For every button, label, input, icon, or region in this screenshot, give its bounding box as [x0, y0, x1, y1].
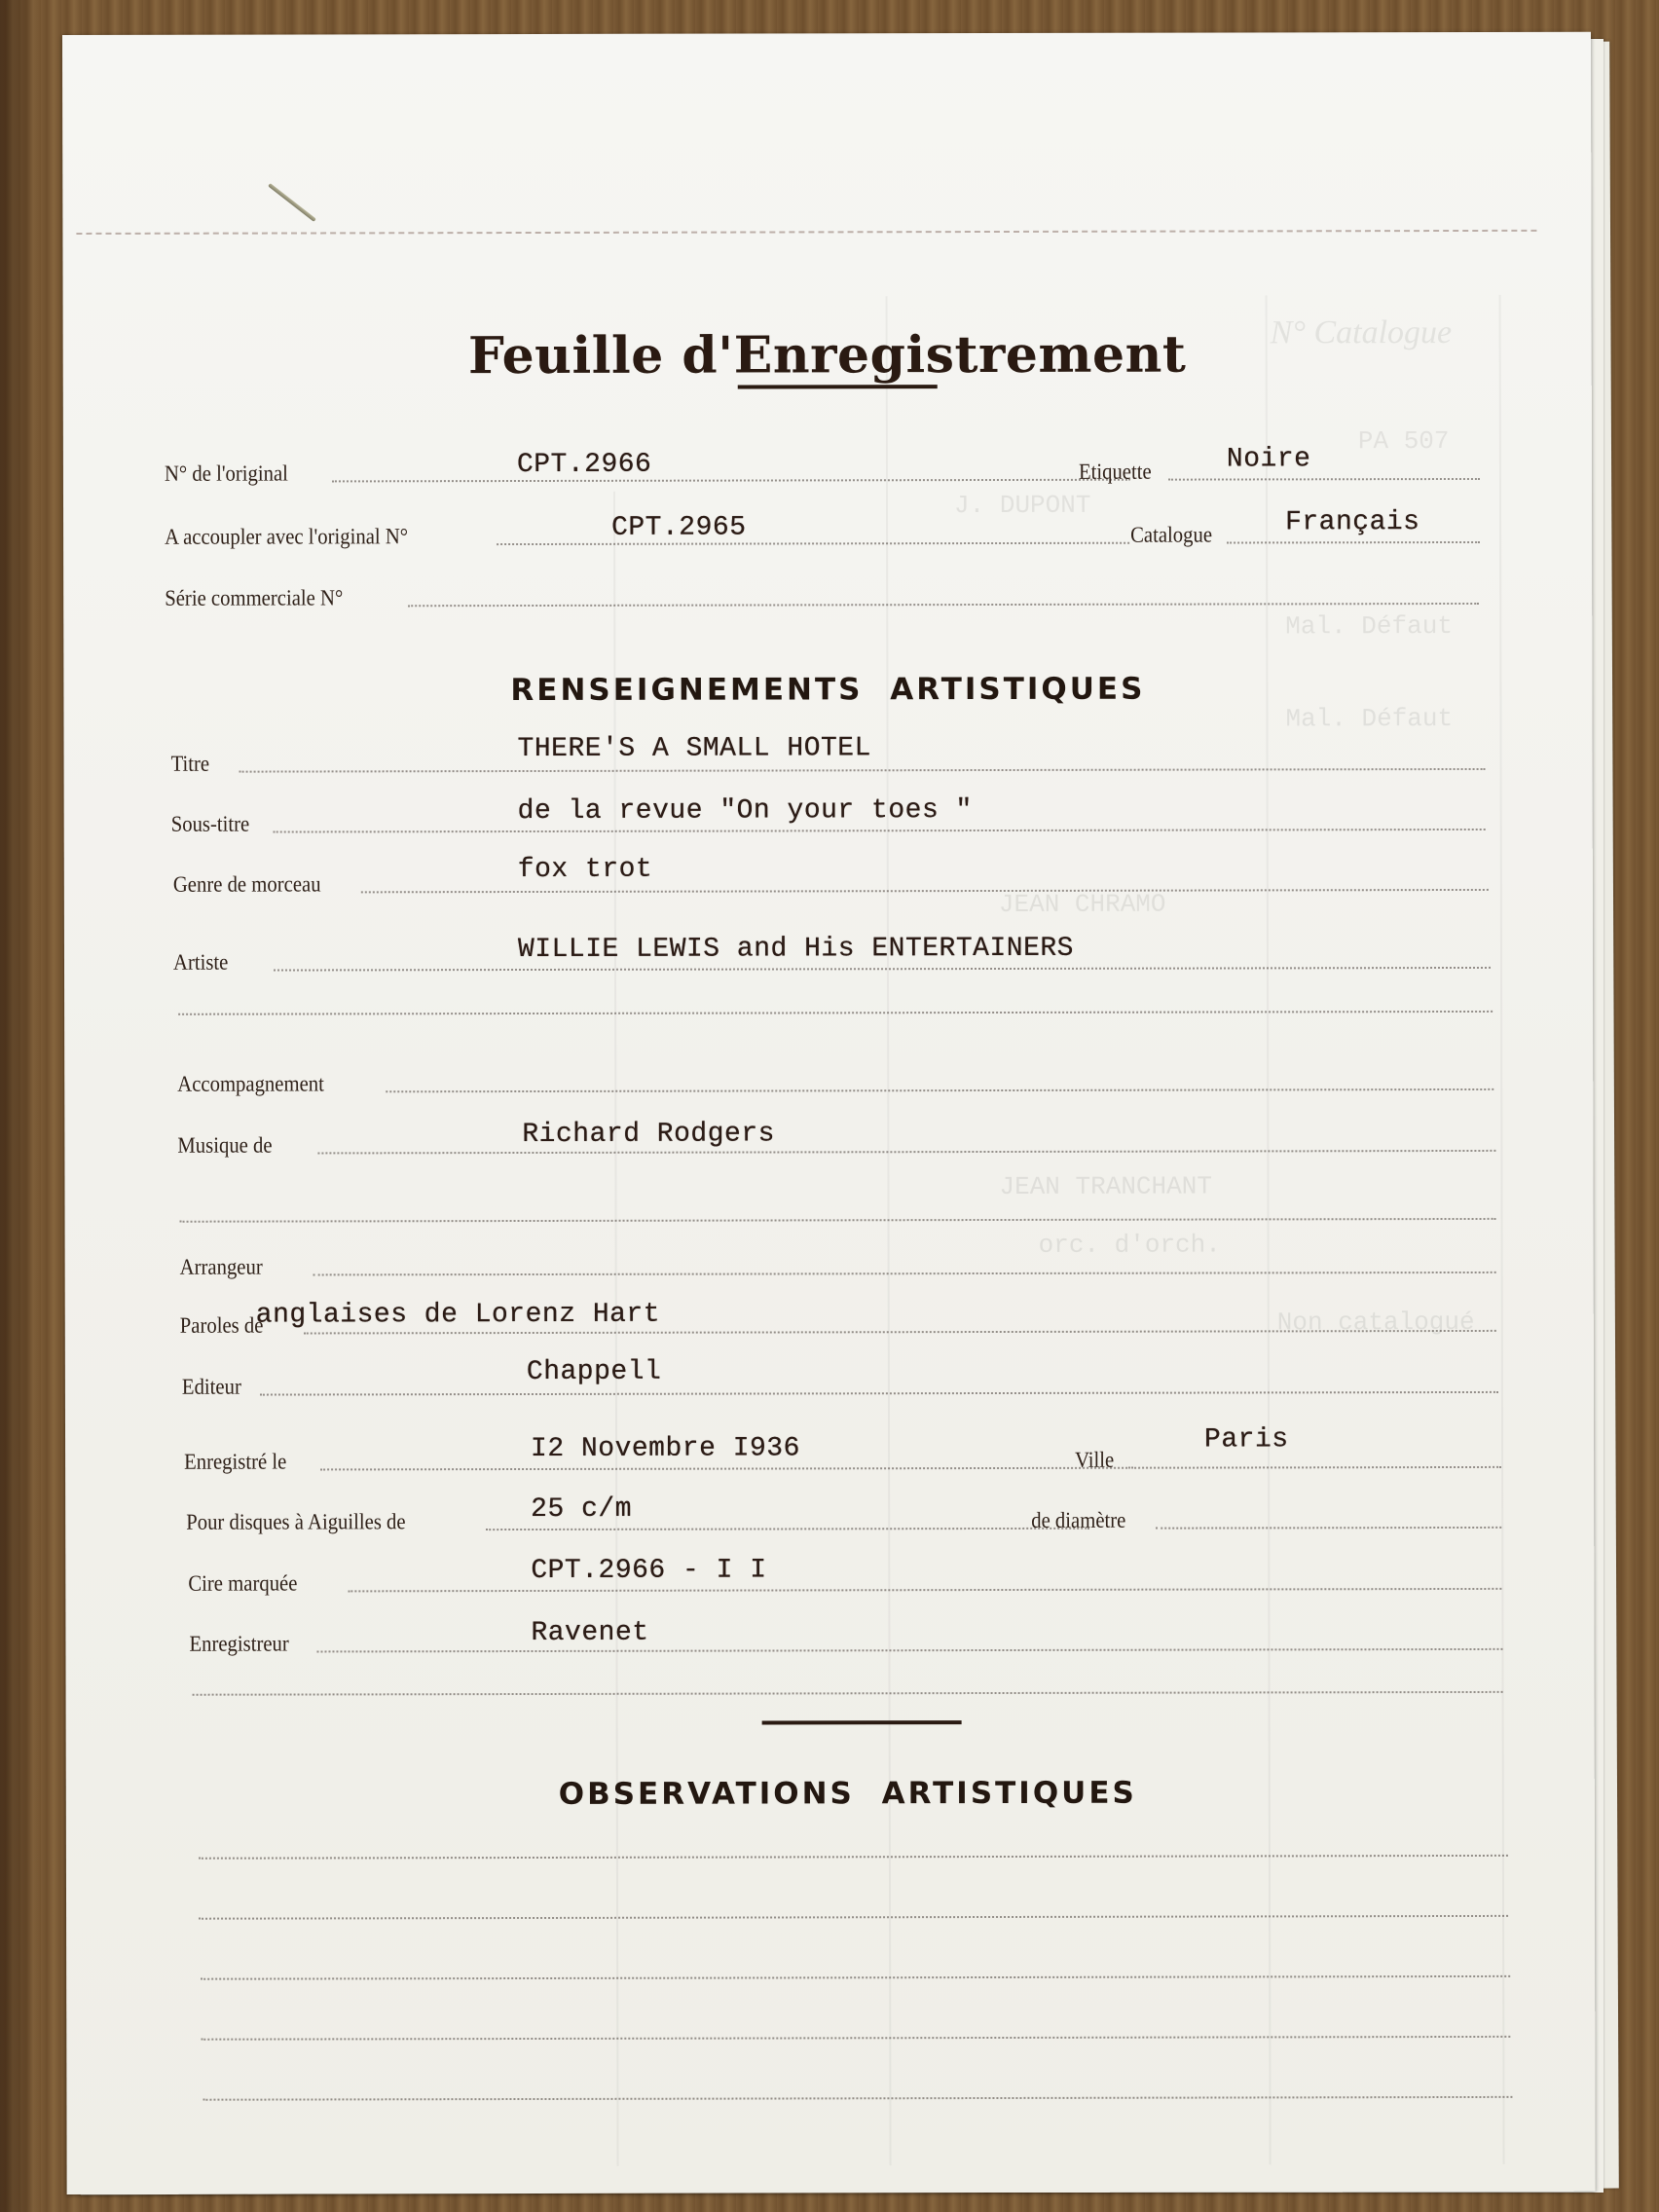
- field-commercial-series: Série commerciale N°: [63, 566, 1592, 617]
- observation-line-1[interactable]: [199, 1855, 1508, 1860]
- field-original-number: N° de l'original CPT.2966 Etiquette Noir…: [63, 441, 1592, 493]
- fill-line: [332, 479, 1130, 483]
- field-label: Série commerciale N°: [165, 585, 343, 610]
- field-recorded-on: Enregistré le I2 Novembre I936 Ville Par…: [65, 1429, 1594, 1481]
- field-wax-marked: Cire marquée CPT.2966 - I I: [65, 1551, 1594, 1603]
- fill-line: [274, 967, 1491, 972]
- title-underline: [738, 385, 938, 388]
- field-label: Paroles de: [180, 1313, 264, 1339]
- section-heading-observations: OBSERVATIONS ARTISTIQUES: [84, 1775, 1612, 1813]
- field-label: Arrangeur: [180, 1255, 263, 1280]
- field-label: Enregistré le: [184, 1450, 286, 1475]
- recording-sheet: N° Catalogue PA 507 J. DUPONT Mal. Défau…: [62, 32, 1596, 2194]
- field-value-music[interactable]: Richard Rodgers: [522, 1119, 775, 1150]
- field-label: Titre: [171, 752, 210, 777]
- fill-line: [240, 768, 1486, 773]
- field-label: Editeur: [182, 1375, 241, 1400]
- field-value-genre[interactable]: fox trot: [518, 855, 652, 885]
- bleed-text: Mal. Défaut: [1285, 611, 1453, 641]
- observation-line-3[interactable]: [201, 1975, 1510, 1980]
- fill-line: [386, 1088, 1493, 1092]
- fill-line: [1131, 1466, 1501, 1469]
- field-label: Ville: [1075, 1448, 1114, 1473]
- fill-line: [361, 889, 1489, 893]
- field-value-city[interactable]: Paris: [1204, 1424, 1289, 1455]
- fill-line: [304, 1330, 1496, 1335]
- field-label: N° de l'original: [165, 461, 288, 487]
- field-arranger: Arrangeur: [65, 1235, 1594, 1286]
- field-label: Sous-titre: [171, 812, 250, 837]
- fill-line: [320, 1467, 1130, 1471]
- field-music-by: Musique de Richard Rodgers: [64, 1113, 1593, 1164]
- field-label: Cire marquée: [188, 1570, 297, 1596]
- fill-line: [180, 1218, 1496, 1223]
- field-label: Accompagnement: [177, 1071, 324, 1096]
- section-divider: [762, 1720, 962, 1724]
- section-heading-artistic: RENSEIGNEMENTS ARTISTIQUES: [63, 671, 1592, 709]
- field-value-publisher[interactable]: Chappell: [527, 1357, 661, 1387]
- field-recording-engineer: Enregistreur Ravenet: [65, 1611, 1594, 1663]
- field-label: Enregistreur: [189, 1632, 288, 1657]
- field-label: Pour disques à Aiguilles de: [186, 1509, 405, 1534]
- field-value-original[interactable]: CPT.2966: [517, 450, 651, 480]
- field-value-subtitle[interactable]: de la revue "On your toes ": [518, 795, 973, 827]
- field-label: A accoupler avec l'original N°: [165, 524, 408, 550]
- field-title: Titre THERE'S A SMALL HOTEL: [64, 731, 1593, 783]
- fill-line: [1156, 1527, 1501, 1530]
- fill-line: [316, 1648, 1502, 1653]
- fill-line: [348, 1588, 1501, 1592]
- field-value-engineer[interactable]: Ravenet: [531, 1618, 648, 1648]
- field-value-title[interactable]: THERE'S A SMALL HOTEL: [518, 733, 871, 764]
- field-accompaniment: Accompagnement: [64, 1051, 1593, 1103]
- field-label: Genre de morceau: [173, 871, 321, 897]
- bleed-text: Mal. Défaut: [1285, 704, 1453, 733]
- field-label: Artiste: [173, 950, 228, 976]
- field-value-disc-size[interactable]: 25 c/m: [531, 1494, 632, 1525]
- field-subtitle: Sous-titre de la revue "On your toes ": [64, 792, 1593, 843]
- page-title: Feuille d'Enregistrement: [63, 324, 1592, 387]
- fill-line: [260, 1391, 1498, 1396]
- fill-line: [497, 542, 1129, 545]
- fill-line: [408, 603, 1479, 607]
- observation-line-5[interactable]: [203, 2096, 1512, 2101]
- field-label: de diamètre: [1031, 1508, 1125, 1533]
- fill-line: [178, 1011, 1493, 1015]
- field-label: Etiquette: [1079, 460, 1152, 485]
- field-artist: Artiste WILLIE LEWIS and His ENTERTAINER…: [64, 930, 1593, 981]
- field-genre: Genre de morceau fox trot: [64, 852, 1593, 903]
- field-value-artist[interactable]: WILLIE LEWIS and His ENTERTAINERS: [518, 934, 1074, 965]
- perforation-line: [76, 230, 1536, 235]
- staple: [268, 183, 316, 222]
- field-value-date[interactable]: I2 Novembre I936: [531, 1433, 800, 1464]
- field-value-catalogue[interactable]: Français: [1285, 507, 1419, 537]
- fill-line: [486, 1528, 1089, 1530]
- field-couple-with: A accoupler avec l'original N° CPT.2965 …: [63, 504, 1592, 556]
- bleed-text: JEAN TRANCHANT: [999, 1172, 1211, 1201]
- field-value-wax[interactable]: CPT.2966 - I I: [531, 1555, 766, 1586]
- field-value-lyrics[interactable]: anglaises de Lorenz Hart: [256, 1300, 660, 1331]
- observation-line-4[interactable]: [201, 2036, 1510, 2041]
- observation-line-2[interactable]: [199, 1915, 1508, 1920]
- fill-line: [1227, 541, 1480, 544]
- fill-line: [1168, 478, 1480, 481]
- field-lyrics-by: Paroles de anglaises de Lorenz Hart: [65, 1293, 1594, 1345]
- fill-line: [317, 1150, 1495, 1155]
- field-label: Catalogue: [1130, 523, 1212, 548]
- field-publisher: Editeur Chappell: [65, 1354, 1594, 1406]
- field-value-etiquette[interactable]: Noire: [1227, 444, 1311, 474]
- fill-line: [193, 1691, 1503, 1696]
- field-disc-size: Pour disques à Aiguilles de 25 c/m de di…: [65, 1490, 1594, 1541]
- field-value-couple[interactable]: CPT.2965: [611, 513, 746, 543]
- fill-line: [274, 829, 1486, 833]
- fill-line: [313, 1272, 1496, 1276]
- field-label: Musique de: [177, 1133, 272, 1159]
